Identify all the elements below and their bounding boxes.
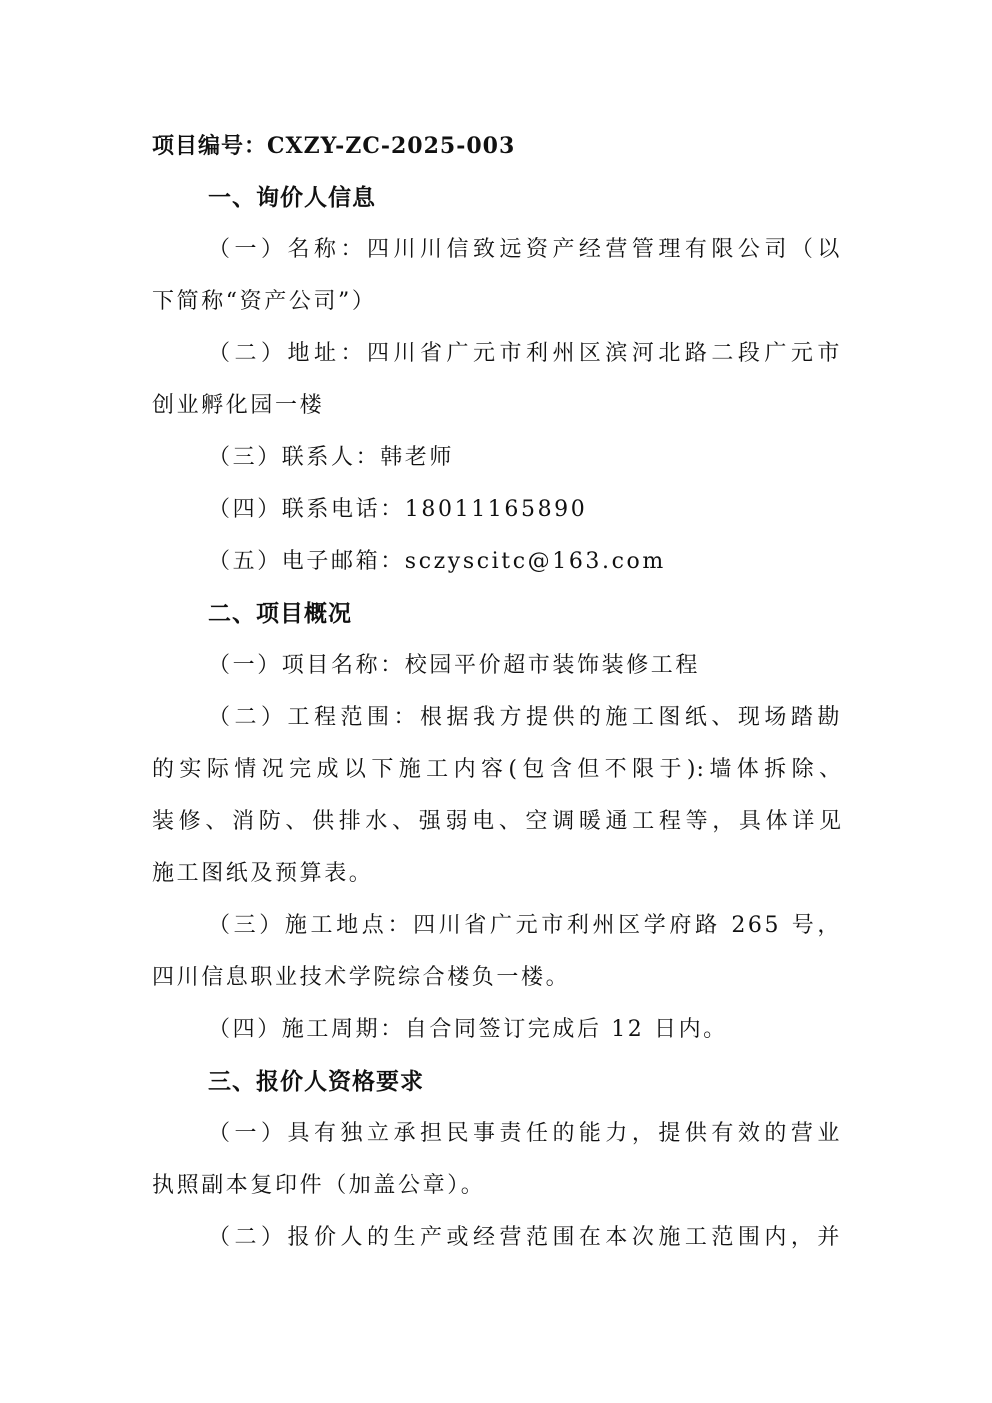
project-scope-line4: 施工图纸及预算表。 xyxy=(152,854,842,894)
inquirer-address-line2: 创业孵化园一楼 xyxy=(152,386,842,426)
project-number: 项目编号：CXZY-ZC-2025-003 xyxy=(152,126,842,166)
inquirer-contact-person: （三）联系人：韩老师 xyxy=(208,438,842,478)
project-scope-line3: 装修、消防、供排水、强弱电、空调暖通工程等，具体详见 xyxy=(152,802,842,842)
project-location-line1: （三）施工地点：四川省广元市利州区学府路 265 号， xyxy=(208,906,842,946)
inquirer-email: （五）电子邮箱：sczyscitc@163.com xyxy=(208,542,842,582)
section-heading-bidder-qualifications: 三、报价人资格要求 xyxy=(208,1062,842,1102)
project-duration: （四）施工周期：自合同签订完成后 12 日内。 xyxy=(208,1010,842,1050)
project-location-line2: 四川信息职业技术学院综合楼负一楼。 xyxy=(152,958,842,998)
qualification-1-line2: 执照副本复印件（加盖公章）。 xyxy=(152,1166,842,1206)
section-heading-project-overview: 二、项目概况 xyxy=(208,594,842,634)
qualification-2-line1: （二）报价人的生产或经营范围在本次施工范围内，并 xyxy=(208,1218,842,1258)
qualification-1-line1: （一）具有独立承担民事责任的能力，提供有效的营业 xyxy=(208,1114,842,1154)
document-page: 项目编号：CXZY-ZC-2025-003 一、询价人信息 （一）名称：四川川信… xyxy=(0,0,992,1403)
project-scope-line2: 的实际情况完成以下施工内容(包含但不限于):墙体拆除、 xyxy=(152,750,842,790)
inquirer-phone: （四）联系电话：18011165890 xyxy=(208,490,842,530)
inquirer-name-line1: （一）名称：四川川信致远资产经营管理有限公司（以 xyxy=(208,230,842,270)
inquirer-address-line1: （二）地址：四川省广元市利州区滨河北路二段广元市 xyxy=(208,334,842,374)
project-name: （一）项目名称：校园平价超市装饰装修工程 xyxy=(208,646,842,686)
project-scope-line1: （二）工程范围：根据我方提供的施工图纸、现场踏勘 xyxy=(208,698,842,738)
section-heading-inquirer-info: 一、询价人信息 xyxy=(208,178,842,218)
inquirer-name-line2: 下简称“资产公司”） xyxy=(152,282,842,322)
